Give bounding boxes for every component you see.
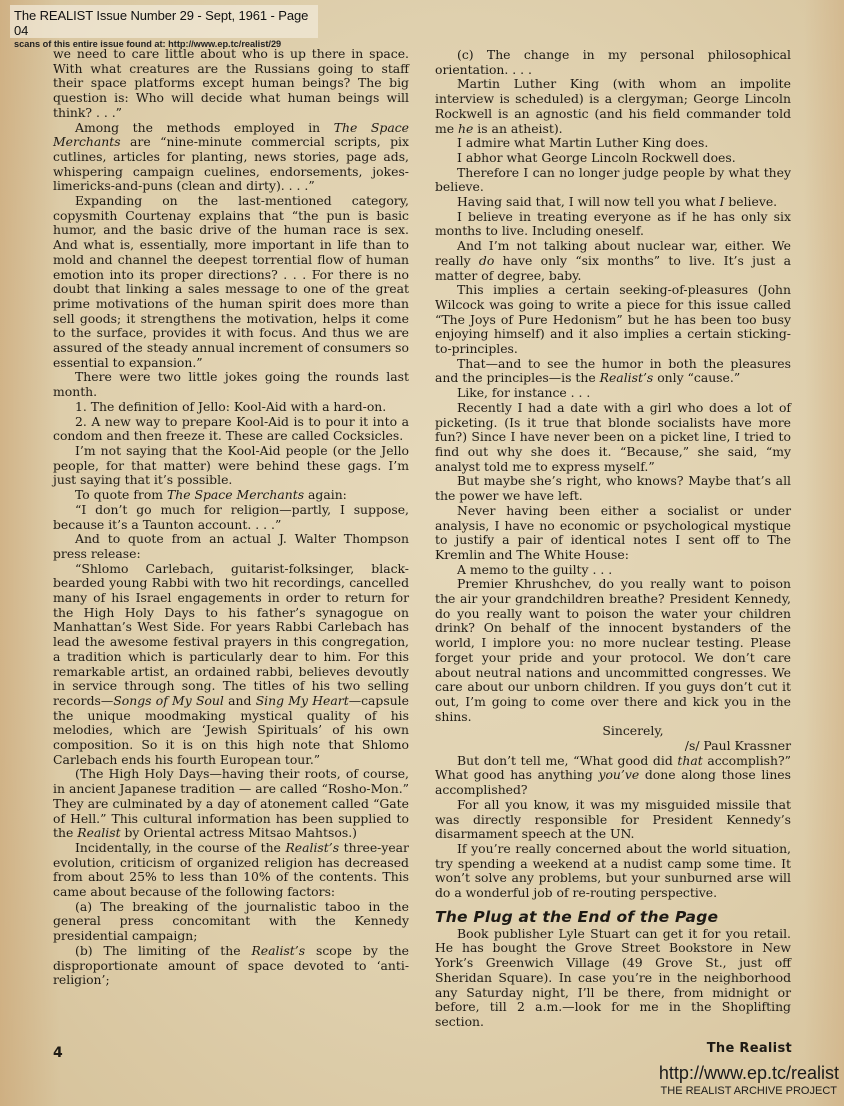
left-column: we need to care little about who is up t… (53, 47, 409, 988)
article-paragraph: There were two little jokes going the ro… (53, 370, 409, 399)
scan-header-title: The REALIST Issue Number 29 - Sept, 1961… (14, 8, 318, 38)
paper-edge-left (0, 0, 60, 1106)
article-paragraph: I abhor what George Lincoln Rockwell doe… (435, 151, 791, 166)
article-paragraph: Premier Khrushchev, do you really want t… (435, 577, 791, 724)
article-paragraph: I believe in treating everyone as if he … (435, 210, 791, 239)
archive-url-link[interactable]: http://www.ep.tc/realist (659, 1063, 839, 1084)
article-paragraph: 1. The definition of Jello: Kool-Aid wit… (53, 400, 409, 415)
page-number: 4 (53, 1045, 63, 1061)
article-paragraph: A memo to the guilty . . . (435, 563, 791, 578)
article-paragraph: Martin Luther King (with whom an impolit… (435, 77, 791, 136)
article-paragraph: Therefore I can no longer judge people b… (435, 166, 791, 195)
plug-paragraph: Book publisher Lyle Stuart can get it fo… (435, 927, 791, 1030)
article-paragraph: Never having been either a socialist or … (435, 504, 791, 563)
article-paragraph: “I don’t go much for religion—partly, I … (53, 503, 409, 532)
article-paragraph: we need to care little about who is up t… (53, 47, 409, 121)
article-paragraph: I admire what Martin Luther King does. (435, 136, 791, 151)
right-column: (c) The change in my personal philosophi… (435, 48, 791, 1030)
article-paragraph: “Shlomo Carlebach, guitarist-folksinger,… (53, 562, 409, 768)
article-paragraph: Among the methods employed in The Space … (53, 121, 409, 195)
article-paragraph: To quote from The Space Merchants again: (53, 488, 409, 503)
article-paragraph: 2. A new way to prepare Kool-Aid is to p… (53, 415, 409, 444)
article-paragraph: (The High Holy Days—having their roots, … (53, 767, 409, 841)
masthead-signature: The Realist (707, 1041, 792, 1056)
right-column-body: (c) The change in my personal philosophi… (435, 48, 791, 901)
article-paragraph: /s/ Paul Krassner (435, 739, 791, 754)
article-paragraph: Incidentally, in the course of the Reali… (53, 841, 409, 900)
article-paragraph: That—and to see the humor in both the pl… (435, 357, 791, 386)
article-paragraph: For all you know, it was my misguided mi… (435, 798, 791, 842)
article-paragraph: But don’t tell me, “What good did that a… (435, 754, 791, 798)
article-paragraph: Having said that, I will now tell you wh… (435, 195, 791, 210)
article-paragraph: Sincerely, (435, 724, 791, 739)
article-paragraph: (b) The limiting of the Realist’s scope … (53, 944, 409, 988)
archive-project-name: THE REALIST ARCHIVE PROJECT (661, 1085, 837, 1097)
article-paragraph: And I’m not talking about nuclear war, e… (435, 239, 791, 283)
paper-edge-right (804, 0, 844, 1106)
article-paragraph: And to quote from an actual J. Walter Th… (53, 532, 409, 561)
article-paragraph: Recently I had a date with a girl who do… (435, 401, 791, 475)
article-paragraph: If you’re really concerned about the wor… (435, 842, 791, 901)
article-paragraph: Like, for instance . . . (435, 386, 791, 401)
article-paragraph: This implies a certain seeking-of-pleasu… (435, 283, 791, 357)
article-paragraph: Expanding on the last-mentioned category… (53, 194, 409, 370)
section-heading-plug: The Plug at the End of the Page (435, 909, 791, 926)
article-paragraph: (a) The breaking of the journalistic tab… (53, 900, 409, 944)
article-paragraph: I’m not saying that the Kool-Aid people … (53, 444, 409, 488)
article-paragraph: (c) The change in my personal philosophi… (435, 48, 791, 77)
scan-header: The REALIST Issue Number 29 - Sept, 1961… (10, 5, 318, 38)
article-paragraph: But maybe she’s right, who knows? Maybe … (435, 474, 791, 503)
